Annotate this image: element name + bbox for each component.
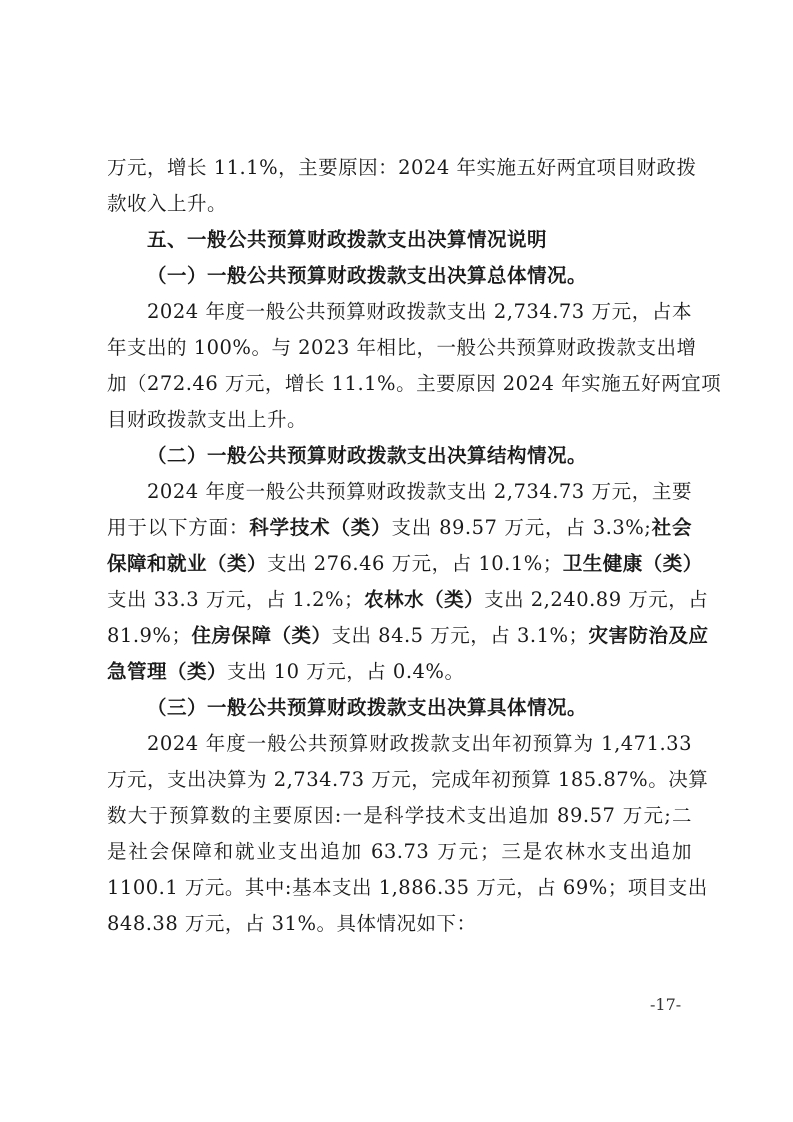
paragraph-line: 是社会保障和就业支出追加 63.73 万元；三是农林水支出追加 [107, 834, 692, 870]
subsection-heading: （二）一般公共预算财政拨款支出决算结构情况。 [107, 438, 692, 474]
paragraph-line: 万元，支出决算为 2,734.73 万元，完成年初预算 185.87%。决算 [107, 762, 692, 798]
paragraph-line: 81.9%；住房保障（类）支出 84.5 万元，占 3.1%；灾害防治及应 [107, 618, 692, 654]
paragraph-line: 数大于预算数的主要原因:一是科学技术支出追加 89.57 万元;二 [107, 798, 692, 834]
section-heading: 五、一般公共预算财政拨款支出决算情况说明 [107, 222, 692, 258]
paragraph-line: 1100.1 万元。其中:基本支出 1,886.35 万元，占 69%；项目支出 [107, 870, 692, 906]
page-number: -17- [650, 995, 681, 1014]
paragraph-line: 万元，增长 11.1%，主要原因：2024 年实施五好两宜项目财政拨 [107, 150, 692, 186]
paragraph-line: 2024 年度一般公共预算财政拨款支出年初预算为 1,471.33 [107, 726, 692, 762]
paragraph-line: 年支出的 100%。与 2023 年相比，一般公共预算财政拨款支出增 [107, 330, 692, 366]
subsection-heading: （一）一般公共预算财政拨款支出决算总体情况。 [107, 258, 692, 294]
paragraph-line: 加（272.46 万元，增长 11.1%。主要原因 2024 年实施五好两宜项 [107, 366, 692, 402]
paragraph-line: 2024 年度一般公共预算财政拨款支出 2,734.73 万元，占本 [107, 294, 692, 330]
paragraph-line: 2024 年度一般公共预算财政拨款支出 2,734.73 万元，主要 [107, 474, 692, 510]
paragraph-line: 支出 33.3 万元，占 1.2%；农林水（类）支出 2,240.89 万元，占 [107, 582, 692, 618]
paragraph-line: 款收入上升。 [107, 186, 692, 222]
paragraph-line: 848.38 万元，占 31%。具体情况如下： [107, 906, 692, 942]
document-page: 万元，增长 11.1%，主要原因：2024 年实施五好两宜项目财政拨 款收入上升… [107, 150, 692, 942]
paragraph-line: 急管理（类）支出 10 万元，占 0.4%。 [107, 654, 692, 690]
paragraph-line: 目财政拨款支出上升。 [107, 402, 692, 438]
paragraph-line: 保障和就业（类）支出 276.46 万元，占 10.1%；卫生健康（类） [107, 546, 692, 582]
paragraph-line: 用于以下方面：科学技术（类）支出 89.57 万元，占 3.3%;社会 [107, 510, 692, 546]
subsection-heading: （三）一般公共预算财政拨款支出决算具体情况。 [107, 690, 692, 726]
